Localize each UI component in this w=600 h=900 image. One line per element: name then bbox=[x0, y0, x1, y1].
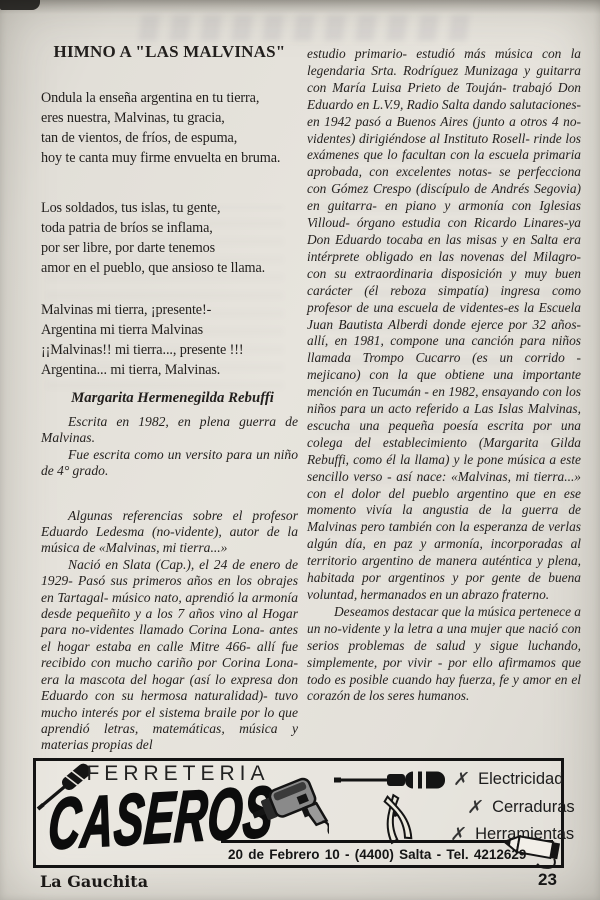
advertisement-ferreteria-caseros: FERRETERIA CASEROS bbox=[33, 758, 564, 868]
ballot-x-icon: ✗ bbox=[466, 797, 485, 818]
drill-icon bbox=[249, 761, 329, 835]
body-paragraph: estudio primario- estudió más música con… bbox=[307, 46, 581, 604]
body-paragraph: Escrita en 1982, en plena guerra de Malv… bbox=[41, 414, 298, 447]
body-paragraph: Nació en Slata (Cap.), el 24 de enero de… bbox=[41, 557, 298, 754]
left-column: HIMNO A "LAS MALVINAS" Ondula la enseña … bbox=[41, 42, 298, 754]
poem-stanza-1: Ondula la enseña argentina en tu tierra,… bbox=[41, 88, 298, 168]
poem-line: Argentina mi tierra Malvinas bbox=[41, 320, 298, 340]
scan-edge-mark bbox=[0, 0, 40, 10]
page-number: 23 bbox=[538, 870, 557, 890]
article-title: HIMNO A "LAS MALVINAS" bbox=[41, 42, 298, 62]
poem-line: amor en el pueblo, que ansioso te llama. bbox=[41, 258, 298, 278]
poem-line: hoy te canta muy firme envuelta en bruma… bbox=[41, 148, 298, 168]
poem-stanza-3: Malvinas mi tierra, ¡presente!- Argentin… bbox=[41, 300, 298, 380]
poem-line: Los soldados, tus islas, tu gente, bbox=[41, 198, 298, 218]
poem-line: eres nuestra, Malvinas, tu gracia, bbox=[41, 108, 298, 128]
scan-top-shade bbox=[0, 0, 600, 14]
body-paragraph: Algunas referencias sobre el profesor Ed… bbox=[41, 508, 298, 557]
poem-line: Ondula la enseña argentina en tu tierra, bbox=[41, 88, 298, 108]
ad-service-label: Electricidad bbox=[478, 770, 563, 789]
poem-line: tan de vientos, de fríos, de espuma, bbox=[41, 128, 298, 148]
right-column: estudio primario- estudió más música con… bbox=[307, 46, 581, 705]
pliers-icon bbox=[374, 791, 420, 845]
poem-stanza-2: Los soldados, tus islas, tu gente, toda … bbox=[41, 198, 298, 278]
body-paragraph: Deseamos destacar que la música pertenec… bbox=[307, 604, 581, 705]
scanned-magazine-page: HIMNO A "LAS MALVINAS" Ondula la enseña … bbox=[0, 0, 600, 900]
ballot-x-icon: ✗ bbox=[452, 769, 471, 790]
poem-line: Malvinas mi tierra, ¡presente!- bbox=[41, 300, 298, 320]
poem-author: Margarita Hermenegilda Rebuffi bbox=[47, 390, 298, 407]
body-paragraph: Fue escrita como un versito para un niño… bbox=[41, 447, 298, 480]
poem-line: Argentina... mi tierra, Malvinas. bbox=[41, 360, 298, 380]
poem-line: por ser libre, por darte tenemos bbox=[41, 238, 298, 258]
ad-service-cerraduras: ✗ Cerraduras bbox=[468, 797, 575, 818]
ad-service-electricidad: ✗ Electricidad bbox=[454, 769, 563, 790]
poem: Ondula la enseña argentina en tu tierra,… bbox=[41, 88, 298, 380]
ink-bleed-through bbox=[138, 15, 471, 41]
poem-line: toda patria de bríos se inflama, bbox=[41, 218, 298, 238]
screwdriver-icon bbox=[334, 769, 448, 791]
ad-service-label: Cerraduras bbox=[492, 798, 575, 817]
magazine-title: La Gauchita bbox=[40, 872, 148, 891]
poem-line: ¡¡Malvinas!! mi tierra..., presente !!! bbox=[41, 340, 298, 360]
ad-address: 20 de Febrero 10 - (4400) Salta - Tel. 4… bbox=[228, 847, 526, 862]
